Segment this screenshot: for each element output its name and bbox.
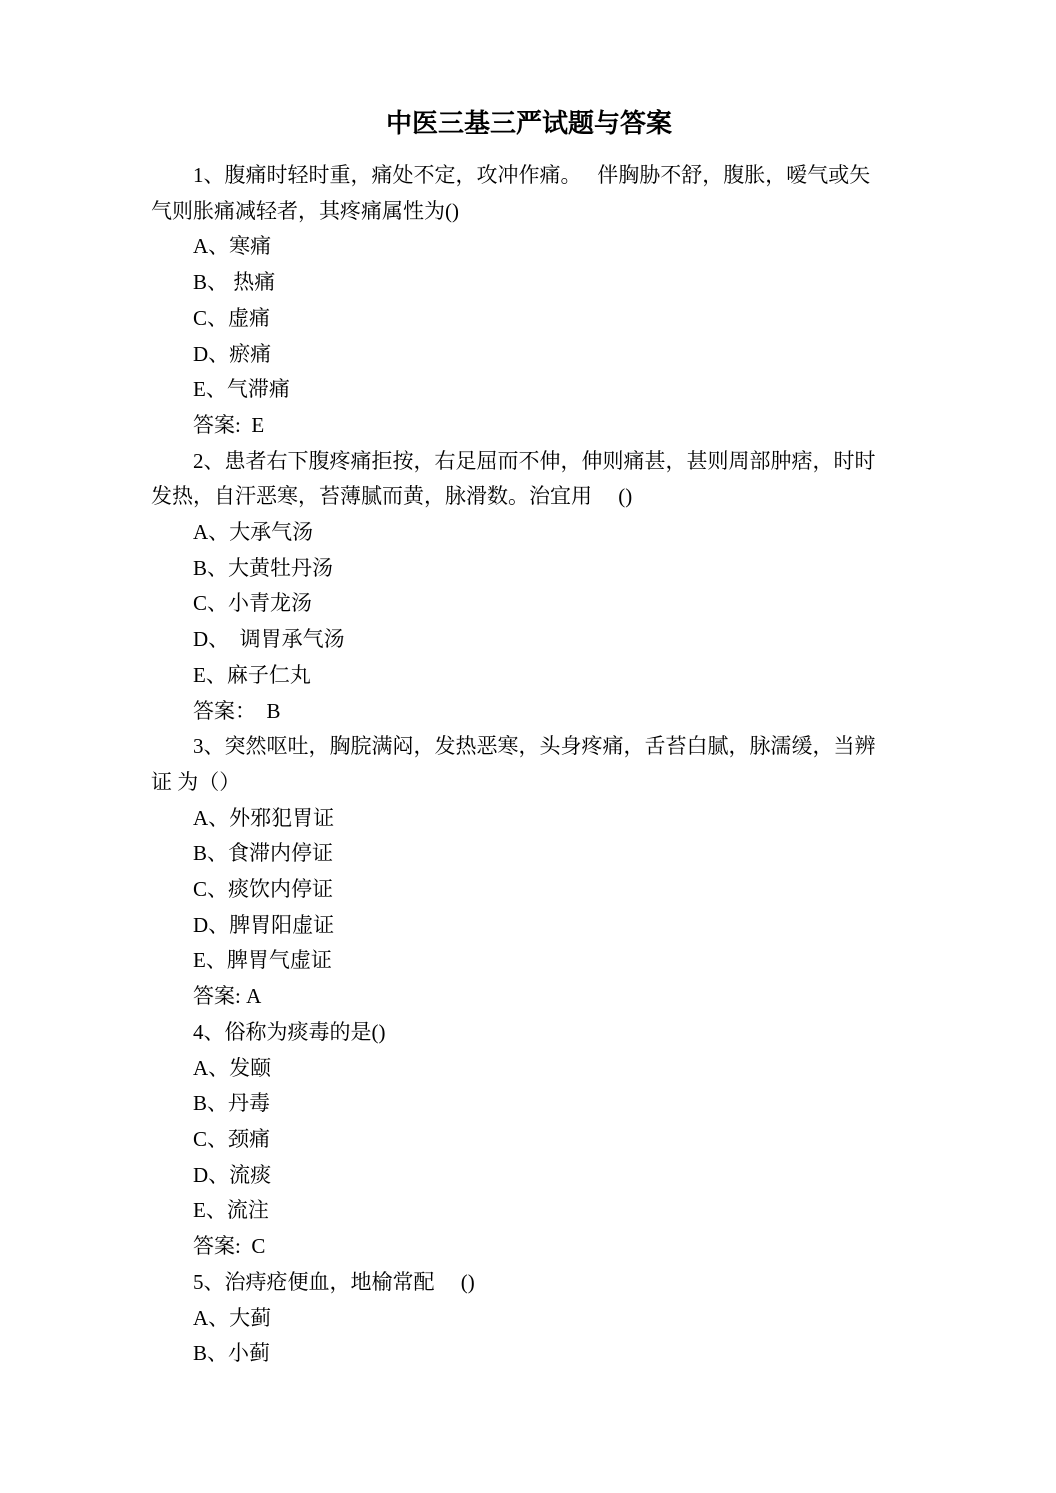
option-line: E、气滞痛 <box>151 372 907 408</box>
option-line: A、发颐 <box>151 1051 907 1087</box>
option-line: B、 热痛 <box>151 265 907 301</box>
document-title: 中医三基三严试题与答案 <box>151 104 907 144</box>
option-line: B、小蓟 <box>151 1336 907 1372</box>
answer-line: 答案： B <box>151 694 907 730</box>
option-line: D、 调胃承气汤 <box>151 622 907 658</box>
option-line: A、寒痛 <box>151 229 907 265</box>
option-line: A、大承气汤 <box>151 515 907 551</box>
document-page: 中医三基三严试题与答案 1、腹痛时轻时重，痛处不定，攻冲作痛。 伴胸胁不舒，腹胀… <box>0 0 1056 1493</box>
option-line: C、虚痛 <box>151 301 907 337</box>
question-stem-line: 3、突然呕吐，胸脘满闷，发热恶寒，头身疼痛，舌苔白腻，脉濡缓，当辨 <box>151 729 907 765</box>
option-line: C、痰饮内停证 <box>151 872 907 908</box>
answer-line: 答案: C <box>151 1229 907 1265</box>
answer-line: 答案: E <box>151 408 907 444</box>
option-line: D、瘀痛 <box>151 337 907 373</box>
option-line: B、丹毒 <box>151 1086 907 1122</box>
question-4: 4、俗称为痰毒的是() A、发颐 B、丹毒 C、颈痛 D、流痰 E、流注 答案:… <box>151 1015 907 1265</box>
option-line: D、脾胃阳虚证 <box>151 908 907 944</box>
question-2: 2、患者右下腹疼痛拒按，右足屈而不伸，伸则痛甚，甚则周部肿痞，时时 发热，自汗恶… <box>151 444 907 730</box>
option-line: C、小青龙汤 <box>151 586 907 622</box>
option-line: B、大黄牡丹汤 <box>151 551 907 587</box>
option-line: A、大蓟 <box>151 1301 907 1337</box>
question-stem-line: 5、治痔疮便血，地榆常配 () <box>151 1265 907 1301</box>
question-3: 3、突然呕吐，胸脘满闷，发热恶寒，头身疼痛，舌苔白腻，脉濡缓，当辨 证 为（） … <box>151 729 907 1015</box>
option-line: B、食滞内停证 <box>151 836 907 872</box>
option-line: E、流注 <box>151 1193 907 1229</box>
answer-line: 答案: A <box>151 979 907 1015</box>
question-stem-line: 1、腹痛时轻时重，痛处不定，攻冲作痛。 伴胸胁不舒，腹胀，嗳气或矢 <box>151 158 907 194</box>
question-1: 1、腹痛时轻时重，痛处不定，攻冲作痛。 伴胸胁不舒，腹胀，嗳气或矢 气则胀痛减轻… <box>151 158 907 444</box>
question-stem-line: 4、俗称为痰毒的是() <box>151 1015 907 1051</box>
option-line: E、脾胃气虚证 <box>151 943 907 979</box>
option-line: D、流痰 <box>151 1158 907 1194</box>
option-line: C、颈痛 <box>151 1122 907 1158</box>
question-stem-line: 证 为（） <box>151 765 907 801</box>
question-stem-line: 气则胀痛减轻者，其疼痛属性为() <box>151 194 907 230</box>
question-stem-line: 2、患者右下腹疼痛拒按，右足屈而不伸，伸则痛甚，甚则周部肿痞，时时 <box>151 444 907 480</box>
option-line: E、麻子仁丸 <box>151 658 907 694</box>
question-stem-line: 发热，自汗恶寒，苔薄腻而黄，脉滑数。治宜用 () <box>151 479 907 515</box>
option-line: A、外邪犯胃证 <box>151 801 907 837</box>
question-5: 5、治痔疮便血，地榆常配 () A、大蓟 B、小蓟 <box>151 1265 907 1372</box>
